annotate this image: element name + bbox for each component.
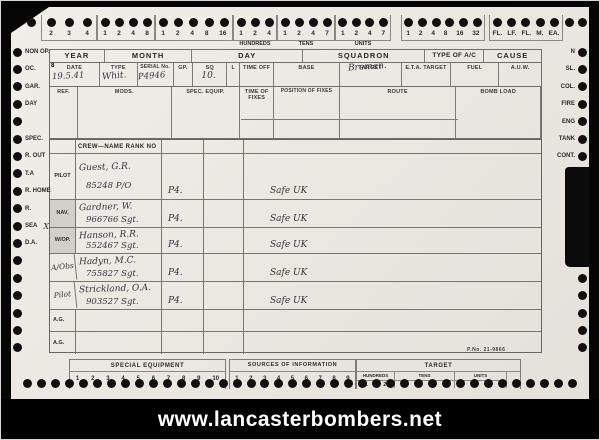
scale-numbers: 1247 — [336, 31, 390, 38]
crew-row-observer: A/Obs Hadyn, M.C. 755827 Sgt. P4. Safe U… — [50, 254, 541, 282]
scale-numbers: FL.LF.FL.M.EA. — [490, 31, 562, 38]
scale-group-day: 124816 — [155, 15, 233, 41]
fixes-divider-line — [241, 119, 458, 120]
punch-hole — [316, 379, 325, 388]
punch-hole — [13, 135, 22, 144]
left-punch-rail: NON OP. OC. GAR. DAY SPEC. R. OUT T.A R.… — [13, 47, 49, 353]
scale-group-squadron-tens: 1247 TENS — [277, 15, 335, 41]
eta-target-label: E.T.A. TARGET — [402, 63, 451, 71]
scale-group-squadron-units: 1247 UNITS — [335, 15, 391, 41]
header-cause: CAUSE — [497, 52, 528, 60]
punch-hole — [163, 379, 172, 388]
scale-number: 2 — [176, 31, 180, 38]
scale-number: 16 — [219, 31, 226, 38]
punch-hole — [65, 18, 74, 27]
punch-hole — [578, 152, 587, 161]
punch-hole — [578, 117, 587, 126]
rail-item-fire: FIRE — [551, 99, 587, 109]
crew-name-cell: Hanson, R.R. 552467 Sgt. — [76, 228, 162, 253]
punch-hole — [536, 18, 545, 27]
sea-handwritten-mark: X — [43, 222, 49, 231]
punch-hole — [13, 239, 22, 248]
crew-blank-cell — [204, 200, 244, 227]
punch-hole — [578, 343, 587, 352]
field-serial: SERIAL No. P4946 — [138, 63, 174, 86]
punch-hole — [149, 379, 158, 388]
rail-item-blank — [551, 308, 587, 318]
scale-number: 7 — [381, 31, 385, 38]
rail-item-blank — [551, 291, 587, 301]
crew-blank-cell — [204, 332, 244, 354]
date-prefix-mark: 8 — [51, 63, 54, 69]
scale-numbers: 12481632 — [402, 31, 484, 38]
rail-label: SEA — [25, 223, 37, 229]
punch-hole-row — [278, 16, 334, 29]
rail-label: GAR. — [25, 84, 40, 90]
ref-label: REF. — [50, 87, 77, 95]
punch-hole — [281, 18, 290, 27]
punch-hole — [414, 379, 423, 388]
punch-hole — [288, 379, 297, 388]
punch-hole — [459, 18, 468, 27]
rail-item-blank — [13, 291, 49, 301]
crew-code: P4. — [162, 254, 204, 281]
punch-hole-row — [23, 16, 39, 29]
scale-numbers: 1248 — [98, 31, 154, 38]
crew-role-wop: W/OP. — [50, 228, 76, 253]
field-ref: REF. — [50, 87, 78, 138]
type-value: Whit. — [99, 69, 137, 82]
punch-hole — [265, 18, 274, 27]
serial-value: P4946 — [137, 69, 172, 81]
punch-hole — [51, 379, 60, 388]
punch-hole — [220, 18, 229, 27]
rail-item-eng: ENG — [551, 117, 587, 127]
rail-item-blank — [13, 343, 49, 353]
rail-item-gar: GAR. — [13, 82, 49, 92]
scale-number: 4 — [85, 31, 89, 38]
punch-hole — [27, 18, 36, 27]
punch-hole — [174, 18, 183, 27]
punch-hole — [521, 18, 530, 27]
scan-dark-patch — [565, 167, 590, 267]
punch-hole — [578, 135, 587, 144]
punch-hole — [309, 18, 318, 27]
punch-hole — [251, 18, 260, 27]
rail-label: COL. — [561, 84, 575, 90]
rail-item-sl: SL. — [551, 64, 587, 74]
punch-hole — [189, 18, 198, 27]
punch-hole-row — [563, 16, 589, 29]
field-fuel: FUEL — [451, 63, 499, 86]
crew-header-row: CREW—NAME RANK NO — [50, 140, 541, 154]
column-header-band: YEAR MONTH DAY SQUADRON TYPE OF A/C CAUS… — [49, 49, 542, 63]
header-day: DAY — [238, 52, 256, 60]
punch-hole — [295, 18, 304, 27]
rail-label: NON OP. — [25, 49, 50, 55]
punch-hole — [540, 379, 549, 388]
punch-hole — [237, 18, 246, 27]
special-equipment-title: SPECIAL EQUIPMENT — [70, 360, 225, 372]
punch-hole — [418, 18, 427, 27]
crew-name-cell — [76, 332, 162, 354]
rail-label: FIRE — [561, 101, 575, 107]
header-month: MONTH — [132, 52, 165, 60]
field-date: 8 DATE 19.5.41 — [50, 63, 100, 86]
punch-hole-row — [98, 16, 154, 29]
punch-hole — [507, 18, 516, 27]
base-label: BASE — [274, 63, 339, 71]
bomb-load-label: BOMB LOAD — [456, 87, 540, 95]
scale-group-cause: FL.LF.FL.M.EA. — [489, 15, 563, 41]
punch-hole — [512, 379, 521, 388]
sortie-data-row: 8 DATE 19.5.41 TYPE Whit. SERIAL No. P49… — [49, 63, 542, 87]
punch-hole — [445, 18, 454, 27]
crew-row-second-pilot: Pilot Strickland, O.A. 903527 Sgt. P4. S… — [50, 282, 541, 310]
rail-item-day: DAY — [13, 99, 49, 109]
rail-item-col: COL. — [551, 82, 587, 92]
scale-number: EA. — [549, 31, 560, 38]
rail-label: DAY — [25, 101, 37, 107]
rail-label: CONT. — [557, 153, 575, 159]
punch-hole — [568, 379, 577, 388]
punch-hole — [565, 18, 574, 27]
punch-hole — [191, 379, 200, 388]
rail-item-blank — [13, 273, 49, 283]
crew-remark: Safe UK — [244, 200, 541, 227]
punch-hole — [121, 379, 130, 388]
punch-hole — [13, 187, 22, 196]
rail-label: D.A. — [25, 240, 37, 246]
punch-hole-row — [490, 16, 562, 29]
punch-hole — [493, 18, 502, 27]
rail-item-oc: OC. — [13, 64, 49, 74]
scale-group-month: 1248 — [97, 15, 155, 41]
punch-hole-row — [234, 16, 276, 29]
rail-item-tank: TANK — [551, 134, 587, 144]
scale-number: FL. — [521, 31, 531, 38]
rail-label: T.A — [25, 171, 34, 177]
field-base: BASE — [274, 63, 340, 86]
field-time-off: TIME OFF — [240, 63, 274, 86]
crew-table: CREW—NAME RANK NO PILOT Guest, G.R. 8524… — [49, 139, 542, 353]
website-banner: www.lancasterbombers.net — [1, 399, 599, 439]
crew-name: Gardner, W. — [79, 201, 161, 214]
crew-number: 85248 P/O — [79, 181, 161, 191]
punch-hole — [65, 379, 74, 388]
crew-role-ag: A.G. — [50, 332, 76, 354]
header-year: YEAR — [64, 52, 89, 60]
crew-remark: Safe UK — [244, 228, 541, 253]
punch-hole — [101, 18, 110, 27]
crew-number: 966766 Sgt. — [79, 215, 161, 225]
punch-hole — [358, 379, 367, 388]
mods-label: MODS. — [78, 87, 171, 95]
rail-label: TANK — [559, 136, 575, 142]
punch-hole — [129, 18, 138, 27]
raid-record-card: 234 1248 124816 124 HUNDREDS 1247 TENS 1… — [11, 7, 589, 399]
scale-number: 16 — [456, 31, 463, 38]
rail-item-blank — [13, 308, 49, 318]
punch-hole — [526, 379, 535, 388]
rail-label: N — [571, 49, 575, 55]
punch-hole — [13, 82, 22, 91]
crew-role-pilot: PILOT — [50, 154, 76, 199]
crew-name-cell — [76, 310, 162, 331]
scale-group-year: 234 — [41, 15, 97, 41]
crew-number: 552467 Sgt. — [79, 241, 161, 251]
scale-number: 3 — [67, 31, 71, 38]
punch-hole — [79, 379, 88, 388]
gp-label: GP. — [174, 63, 193, 71]
rail-item-spec: SPEC. — [13, 134, 49, 144]
scale-number: 2 — [117, 31, 121, 38]
punch-hole — [344, 379, 353, 388]
scale-number: 4 — [368, 31, 372, 38]
crew-name: Strickland, O.A. — [79, 283, 161, 296]
scale-number: 2 — [354, 31, 358, 38]
punch-hole-row — [336, 16, 390, 29]
punch-hole — [115, 18, 124, 27]
punch-hole — [484, 379, 493, 388]
scale-number: 4 — [267, 31, 271, 38]
crew-blank-cell — [204, 154, 244, 199]
spec-equip-label: SPEC. EQUIP. — [172, 87, 240, 95]
punch-hole — [205, 379, 214, 388]
scanned-record-card-page: 234 1248 124816 124 HUNDREDS 1247 TENS 1… — [0, 0, 600, 440]
punch-hole — [578, 274, 587, 283]
crew-number: 755827 Sgt. — [79, 269, 161, 279]
crew-name-cell: Guest, G.R. 85248 P/O — [76, 154, 162, 199]
punch-hole — [83, 18, 92, 27]
punch-hole — [550, 18, 559, 27]
punch-hole — [13, 100, 22, 109]
scale-number: M. — [536, 31, 543, 38]
punch-hole — [578, 326, 587, 335]
punch-hole — [442, 379, 451, 388]
crew-name: Hadyn, M.C. — [79, 255, 161, 268]
field-time-of-fixes: TIME OF FIXES — [240, 87, 274, 138]
rail-label: SL. — [566, 66, 575, 72]
crew-blank-cell — [204, 228, 244, 253]
rail-item-sea: SEAX — [13, 221, 49, 231]
crew-number: 903527 Sgt. — [79, 297, 161, 307]
form-print-number: P.No. 21-9866 — [467, 348, 505, 353]
scale-number: 1 — [283, 31, 287, 38]
crew-name-cell: Hadyn, M.C. 755827 Sgt. — [76, 254, 162, 281]
field-route: ROUTE — [340, 87, 457, 138]
field-type: TYPE Whit. — [100, 63, 138, 86]
punch-hole — [47, 18, 56, 27]
rail-item-r-out: R. OUT — [13, 151, 49, 161]
rail-item-r-home: R. HOME — [13, 186, 49, 196]
scale-number: 1 — [161, 31, 165, 38]
crew-name: Guest, G.R. — [79, 161, 161, 174]
crew-row-nav: NAV. Gardner, W. 966766 Sgt. P4. Safe UK — [50, 200, 541, 228]
punch-hole — [13, 309, 22, 318]
rail-item-blank — [13, 326, 49, 336]
punch-hole-row — [156, 16, 232, 29]
punch-hole — [302, 379, 311, 388]
punch-hole — [13, 48, 22, 57]
scale-number: 8 — [205, 31, 209, 38]
scale-number: LF. — [507, 31, 516, 38]
punch-hole — [578, 100, 587, 109]
bottom-punch-row — [23, 378, 577, 389]
punch-hole — [473, 18, 482, 27]
crew-code: P4. — [162, 154, 204, 199]
crew-remark-cell — [244, 310, 541, 331]
scale-number: FL. — [493, 31, 503, 38]
punch-hole — [177, 379, 186, 388]
field-sq: SQ 10. — [193, 63, 227, 86]
rail-label: OC. — [25, 66, 36, 72]
scale-number: 4 — [190, 31, 194, 38]
rail-item-n: N — [551, 47, 587, 57]
punch-hole — [498, 379, 507, 388]
scale-number: 1 — [341, 31, 345, 38]
rail-item-non-op: NON OP. — [13, 47, 49, 57]
field-position-of-fixes: POSITION OF FIXES — [274, 87, 340, 138]
crew-code: P4. — [162, 200, 204, 227]
target-box-title: TARGET — [357, 360, 520, 372]
rail-label: R. HOME — [25, 188, 51, 194]
punch-hole — [13, 169, 22, 178]
scale-trail-holes — [563, 15, 589, 41]
crew-code: P4. — [162, 228, 204, 253]
date-value: 19.5.41 — [50, 70, 99, 83]
punch-hole — [13, 326, 22, 335]
punch-hole — [37, 379, 46, 388]
scale-number: 4 — [311, 31, 315, 38]
crew-row-wop: W/OP. Hanson, R.R. 552467 Sgt. P4. Safe … — [50, 228, 541, 254]
crew-name-cell: Strickland, O.A. 903527 Sgt. — [76, 282, 162, 309]
scale-numbers: 234 — [42, 31, 96, 38]
scale-number: 8 — [444, 31, 448, 38]
punch-hole — [233, 379, 242, 388]
crew-blank-cell — [204, 282, 244, 309]
punch-hole — [386, 379, 395, 388]
rail-item-cont: CONT. — [551, 151, 587, 161]
punch-hole — [135, 379, 144, 388]
time-of-fixes-label: TIME OF FIXES — [240, 87, 273, 101]
header-squadron: SQUADRON — [338, 52, 390, 60]
punch-hole — [578, 82, 587, 91]
punch-hole — [578, 18, 587, 27]
scale-number: 2 — [49, 31, 53, 38]
scale-number: 2 — [297, 31, 301, 38]
scale-lead-holes — [23, 15, 39, 41]
crew-blank-cell — [204, 310, 244, 331]
punch-hole — [428, 379, 437, 388]
rail-label: SPEC. — [25, 136, 43, 142]
fuel-label: FUEL — [451, 63, 498, 71]
scale-number: 8 — [145, 31, 149, 38]
rail-label: ENG — [562, 119, 575, 125]
punch-hole — [13, 117, 22, 126]
punch-hole — [330, 379, 339, 388]
punch-hole — [159, 18, 168, 27]
punch-hole — [323, 18, 332, 27]
punch-hole — [13, 204, 22, 213]
punch-hole — [379, 18, 388, 27]
position-of-fixes-label: POSITION OF FIXES — [274, 87, 339, 95]
crew-blank-cell — [204, 254, 244, 281]
sq-value: 10. — [193, 71, 226, 81]
scale-numbers: 124816 — [156, 31, 232, 38]
crew-name-cell: Gardner, W. 966766 Sgt. — [76, 200, 162, 227]
scale-number: 1 — [239, 31, 243, 38]
crew-role-second-pilot: Pilot — [49, 281, 78, 311]
scale-number: 32 — [472, 31, 479, 38]
punch-hole — [13, 274, 22, 283]
punch-hole — [432, 18, 441, 27]
punch-hole — [456, 379, 465, 388]
field-bomb-load: BOMB LOAD — [456, 87, 541, 138]
punch-hole — [470, 379, 479, 388]
punch-hole — [205, 18, 214, 27]
field-eta-target: E.T.A. TARGET — [402, 63, 452, 86]
field-auw: A.U.W. — [499, 63, 541, 86]
field-gp: GP. — [174, 63, 194, 86]
field-target: TARGET Bremen. — [340, 63, 402, 86]
crew-role-observer: A/Obs — [49, 253, 78, 283]
punch-hole — [338, 18, 347, 27]
scale-number: 1 — [406, 31, 410, 38]
field-spec-equip: SPEC. EQUIP. — [172, 87, 241, 138]
punch-hole — [13, 343, 22, 352]
scale-numbers: 1247 — [278, 31, 334, 38]
crew-name: Hanson, R.R. — [79, 228, 161, 241]
punch-hole — [578, 48, 587, 57]
punch-hole — [23, 379, 32, 388]
crew-remark: Safe UK — [244, 154, 541, 199]
scale-number: 4 — [431, 31, 435, 38]
sources-title: SOURCES OF INFORMATION — [230, 360, 355, 372]
punch-hole — [260, 379, 269, 388]
rail-item-blank — [551, 273, 587, 283]
rail-item-blank — [551, 343, 587, 353]
punch-hole — [143, 18, 152, 27]
punch-hole — [274, 379, 283, 388]
route-label: ROUTE — [340, 87, 456, 95]
crew-code-cell — [162, 332, 204, 354]
punch-hole — [13, 291, 22, 300]
scale-number: 2 — [419, 31, 423, 38]
crew-remark: Safe UK — [244, 254, 541, 281]
punch-hole — [13, 152, 22, 161]
crew-code: P4. — [162, 282, 204, 309]
rail-item-blank — [551, 326, 587, 336]
punch-hole — [219, 379, 228, 388]
punch-hole — [107, 379, 116, 388]
scale-numbers: 124 — [234, 31, 276, 38]
punch-hole — [578, 291, 587, 300]
rail-item-r: R. — [13, 204, 49, 214]
time-off-label: TIME OFF — [240, 63, 273, 71]
scale-number: 7 — [325, 31, 329, 38]
punch-hole — [554, 379, 563, 388]
crew-remark: Safe UK — [244, 282, 541, 309]
scale-group-squadron-hundreds: 124 HUNDREDS — [233, 15, 277, 41]
crew-code-cell — [162, 310, 204, 331]
scale-number: 4 — [131, 31, 135, 38]
punch-hole — [247, 379, 256, 388]
punch-hole — [404, 18, 413, 27]
website-url: www.lancasterbombers.net — [158, 409, 442, 430]
field-l: L — [227, 63, 240, 86]
l-label: L — [227, 63, 239, 71]
